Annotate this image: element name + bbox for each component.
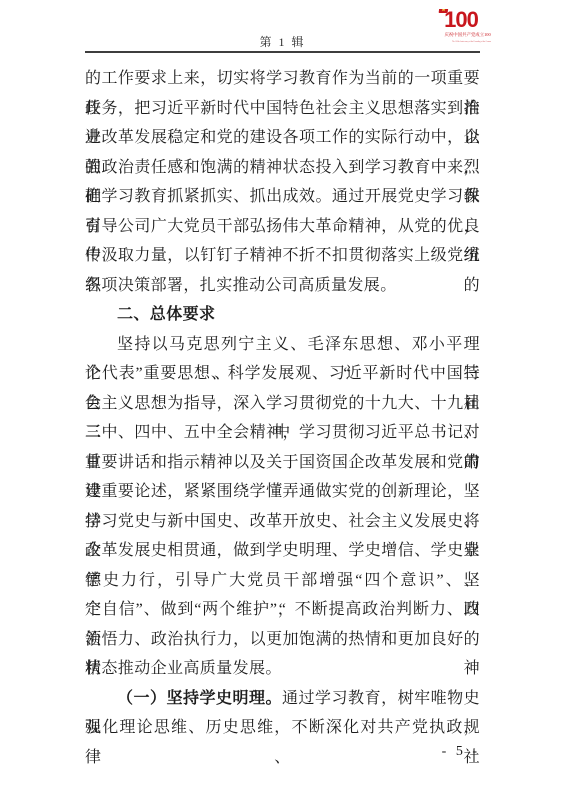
body-text-line: 业改革发展稳定和党的建设各项工作的实际行动中，以强烈 — [85, 123, 480, 153]
logo-caption-english: The 100th Anniversary of the Founding of… — [452, 41, 470, 43]
section-heading: 二、总体要求 — [85, 300, 480, 330]
bold-text-segment: （一）坚持学史明理。 — [117, 690, 282, 707]
document-body: 的工作要求上来，切实将学习教育作为当前的一项重要政治任务，把习近平新时代中国特色… — [85, 64, 480, 743]
body-text-line: 坚持以马克思列宁主义、毛泽东思想、邓小平理论、“三 — [85, 330, 480, 360]
body-text-line: （一）坚持学史明理。通过学习教育，树牢唯物史观， — [85, 684, 480, 714]
body-text-line: 学习党史与新中国史、改革开放史、社会主义发展史、企业 — [85, 507, 480, 537]
party-flag-icon: ★ — [439, 9, 449, 13]
body-text-line: 重要讲话和指示精神以及关于国资国企改革发展和党的建 — [85, 448, 480, 478]
body-text-line: 的政治责任感和饱满的精神状态投入到学习教育中来，确保 — [85, 153, 480, 183]
body-text-line: 学史力行，引导广大党员干部增强“四个意识”、坚定“四 — [85, 566, 480, 596]
cpc-100th-anniversary-logo: ★100 庆祝中国共产党成立100周年 The 100th Anniversar… — [431, 9, 491, 45]
logo-100-numeral: ★100 — [444, 9, 478, 30]
body-text-line: 引导公司广大党员干部弘扬伟大革命精神，从党的优良传统 — [85, 212, 480, 242]
body-text-line: 任务，把习近平新时代中国特色社会主义思想落实到推进企 — [85, 94, 480, 124]
bold-text-segment: 二、总体要求 — [117, 306, 215, 323]
header-divider-rule — [85, 51, 480, 53]
body-text-line: 个代表”重要思想、科学发展观、习近平新时代中国特色社 — [85, 359, 480, 389]
body-text-line: 领悟力、政治执行力，以更加饱满的热情和更加良好的精神 — [85, 625, 480, 655]
body-text-line: 的工作要求上来，切实将学习教育作为当前的一项重要政治 — [85, 64, 480, 94]
text-segment: 状态推动企业高质量发展。 — [85, 660, 282, 677]
body-text-line: 三中、四中、五中全会精神，学习贯彻习近平总书记对甘肃 — [85, 418, 480, 448]
body-text-line: 强化理论思维、历史思维，不断深化对共产党执政规律、社 — [85, 713, 480, 743]
text-segment: 各项决策部署，扎实推动公司高质量发展。 — [85, 277, 397, 294]
logo-caption-chinese: 庆祝中国共产党成立100周年 — [445, 32, 478, 37]
body-text-line: 设重要论述，紧紧围绕学懂弄通做实党的创新理论，坚持将 — [85, 477, 480, 507]
body-text-line: 中汲取力量，以钉钉子精神不折不扣贯彻落实上级党组织的 — [85, 241, 480, 271]
logo-100-text: 100 — [444, 9, 478, 32]
text-segment: 强化理论思维、历史思维，不断深化对共产党执政规律、社 — [85, 719, 480, 766]
body-text-line: 个自信”、做到“两个维护”，不断提高政治判断力、政治 — [85, 595, 480, 625]
body-text-line: 会主义思想为指导，深入学习贯彻党的十九大、十九届二中、 — [85, 389, 480, 419]
body-text-line: 改革发展史相贯通，做到学史明理、学史增信、学史崇德、 — [85, 536, 480, 566]
page-number: - 5 - — [442, 744, 480, 760]
body-text-line: 把学习教育抓紧抓实、抓出成效。通过开展党史学习教育， — [85, 182, 480, 212]
